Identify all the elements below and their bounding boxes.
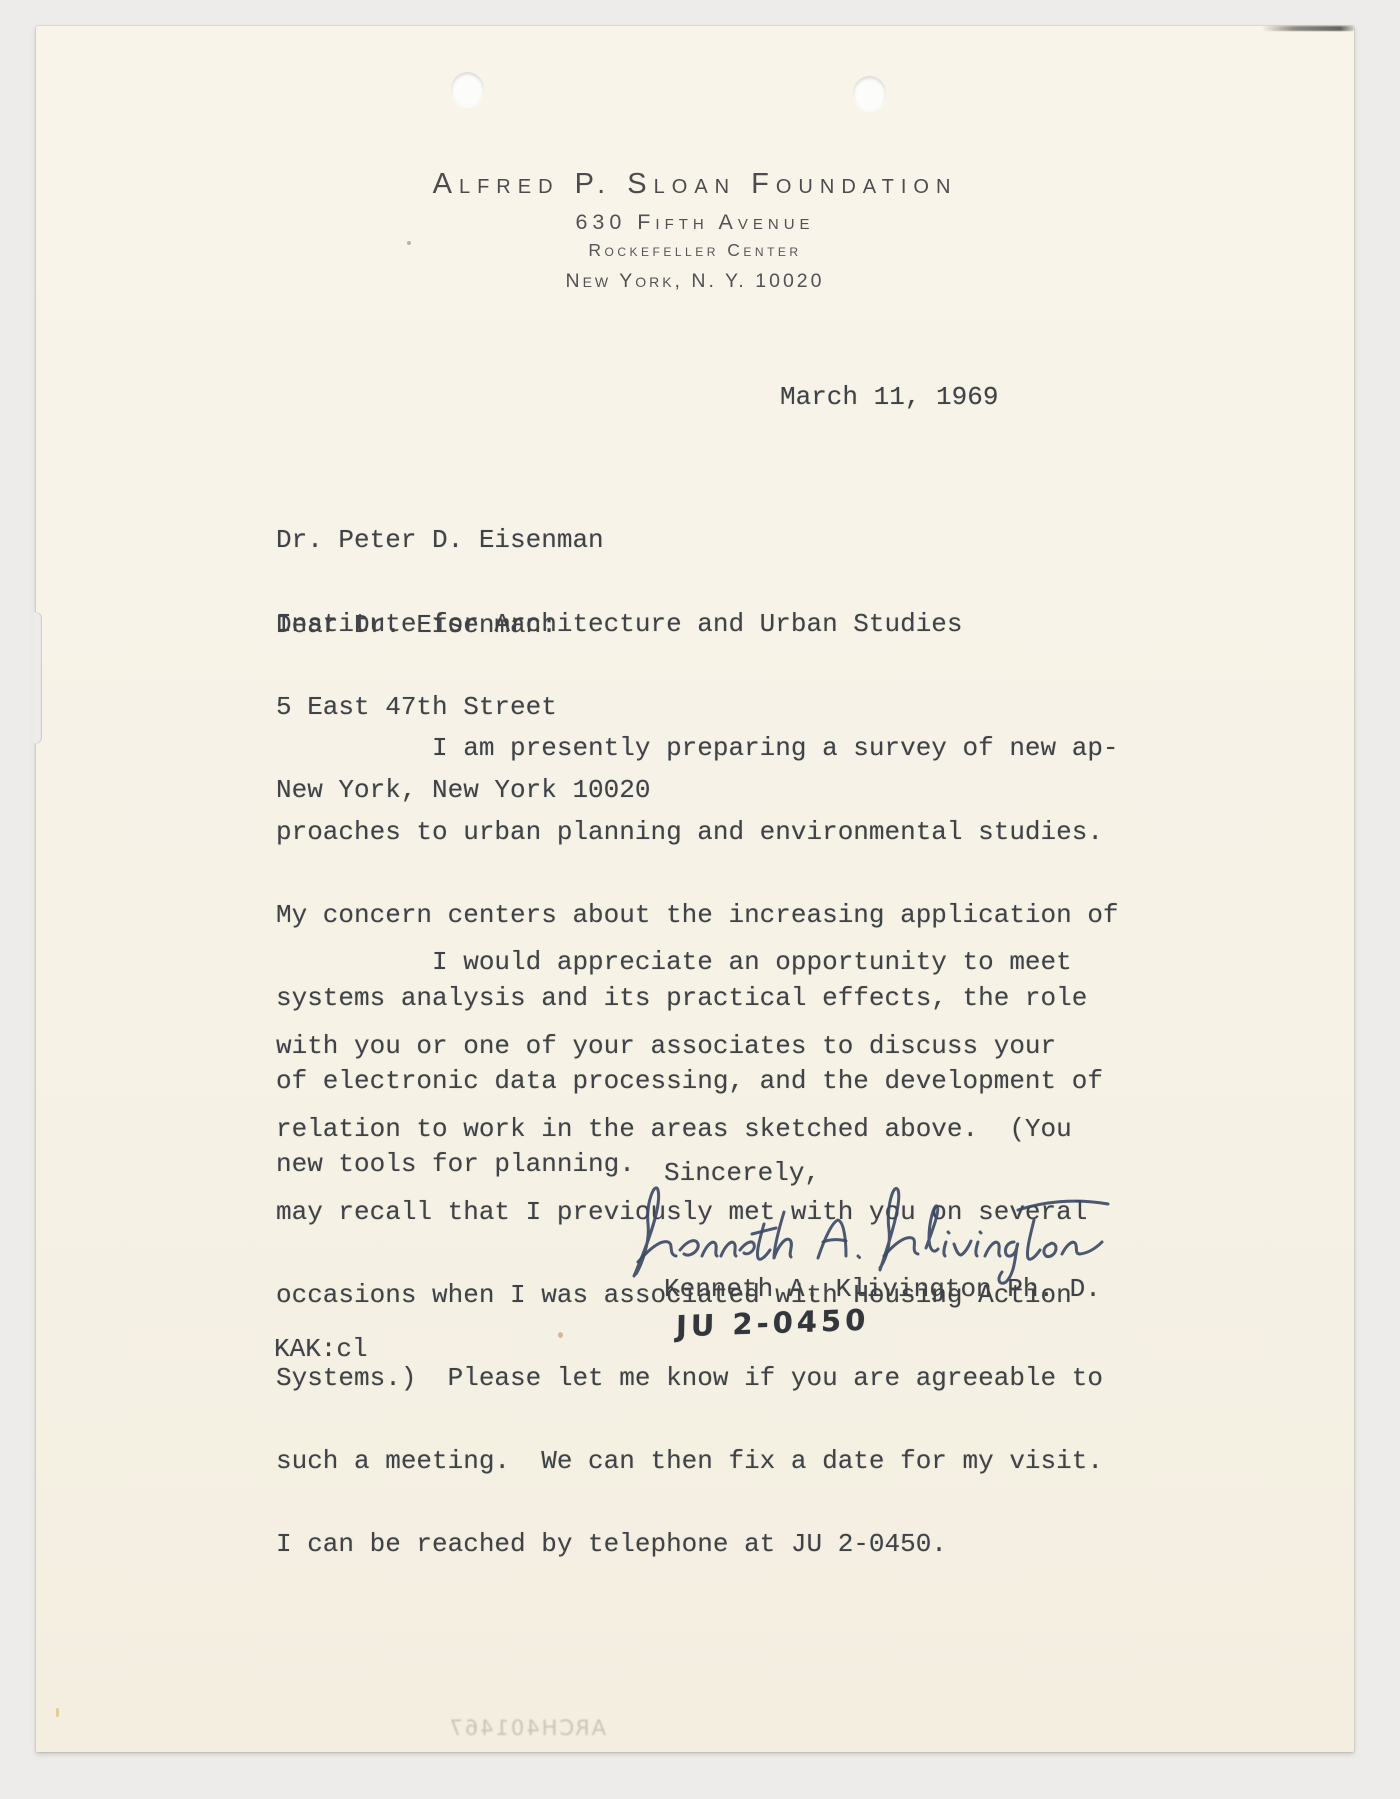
letterhead-city-zip: New York, N. Y. 10020 [36, 270, 1354, 293]
body-line: relation to work in the areas sketched a… [276, 1116, 1103, 1144]
body-line: with you or one of your associates to di… [276, 1033, 1103, 1061]
paper-speck [56, 1708, 59, 1717]
letterhead-street-address: 630 Fifth Avenue [36, 210, 1354, 235]
paper-left-edge-notch [33, 612, 42, 744]
letter-date: March 11, 1969 [780, 384, 998, 412]
hole-punch-left [451, 72, 484, 107]
letterhead: Alfred P. Sloan Foundation 630 Fifth Ave… [36, 168, 1354, 293]
bleed-through-stamp: ARCH401467 [386, 1716, 606, 1740]
paper-speck [407, 241, 411, 245]
typed-signature-name: Kenneth A. Klivington Ph. D. [664, 1276, 1101, 1304]
salutation: Dear Dr. Eisenman: [276, 612, 557, 640]
handwritten-phone-number: JU 2-0450 [676, 1303, 870, 1344]
scanned-letter: Alfred P. Sloan Foundation 630 Fifth Ave… [0, 0, 1400, 1799]
body-line: I am presently preparing a survey of new… [276, 735, 1119, 763]
recipient-name: Dr. Peter D. Eisenman [276, 527, 963, 555]
hole-punch-right [853, 76, 886, 111]
paper-speck [558, 1332, 563, 1338]
typist-initials: KAK:cl [274, 1336, 368, 1364]
letterhead-foundation-name: Alfred P. Sloan Foundation [36, 168, 1354, 201]
paper-edge-smudge [1262, 26, 1354, 31]
body-line: I can be reached by telephone at JU 2-04… [276, 1531, 1103, 1559]
body-line: such a meeting. We can then fix a date f… [276, 1448, 1103, 1476]
body-line: Systems.) Please let me know if you are … [276, 1365, 1103, 1393]
letterhead-building: Rockefeller Center [36, 240, 1354, 261]
body-line: proaches to urban planning and environme… [276, 819, 1119, 847]
body-line: I would appreciate an opportunity to mee… [276, 949, 1103, 977]
